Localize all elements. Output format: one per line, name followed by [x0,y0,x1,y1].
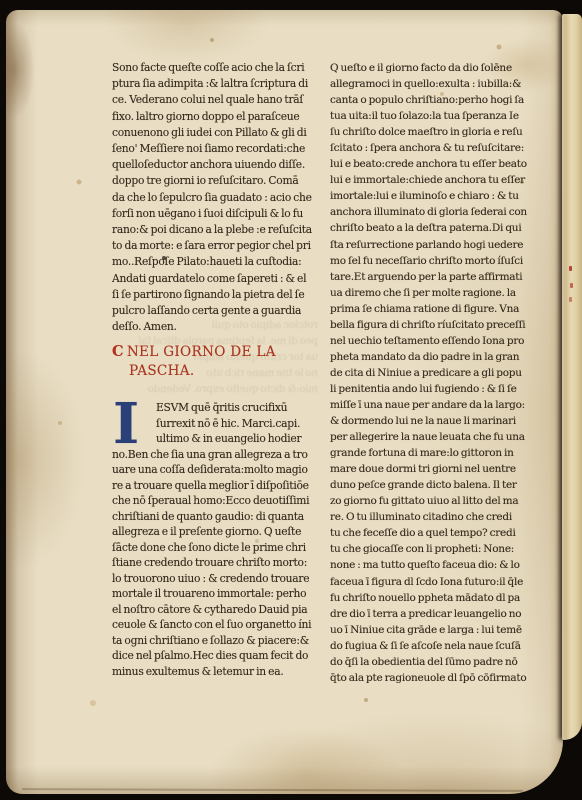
text-line: tua uita:il tuo ſolazo:la tua ſperanza I… [330,108,548,124]
text-line: canta o populo chriſtiano:perho hogi ſa [330,92,548,108]
text-line: ta ogni chriſtiano e ſollazo & piacere:& [112,633,322,649]
text-line: do q̄ſi la obedientia del ſūmo padre nō [330,654,548,670]
text-line: lui e immortale:chiede anchora tu eſſer [330,172,548,188]
text-line: fu chriſto nouello ppheta mādato dl pa [330,590,548,606]
text-line: rano:& poi dicano a la plebe :e reſuſcit… [112,222,322,238]
text-line: re. O tu illuminato citadino che credi [330,509,548,525]
text-line: imortale:lui e iluminoſo e chiaro : & tu [330,188,548,204]
text-line: per allegerire la naue leuata che fu una [330,429,548,445]
text-line: Q ueſto e il giorno facto da dio ſolēne [330,60,548,76]
text-line: to da morte: e ſara error pegior chel pr… [112,238,322,254]
text-line: dice nel pſalmo.Hec dies quam fecit do [112,648,322,664]
text-line: q̄to ala pte ragioneuole dl ſpō cōfirmat… [330,670,548,686]
text-line: li penitentia ando lui fugiendo : & ſi ſ… [330,381,548,397]
text-line: de cita di Niniue a predicare a gli popu [330,365,548,381]
text-line: pulcro laſſando certa gente a guardia [112,303,322,319]
text-line: miſſe ī una naue per andare da la largo: [330,397,548,413]
text-line: tu che feceſſe dio a quel tempo? credi [330,525,548,541]
text-line: & dormendo lui ne la naue li marinari [330,413,548,429]
heading-line-2: PASCHA. [112,362,322,381]
adjacent-page-edge [562,14,582,740]
text-line: Sono facte queſte coſſe acio che la ſcri [112,60,322,76]
text-line: do fugiua & ſi ſe aſcoſe nela naue ſcuſā [330,638,548,654]
text-line: da che lo ſepulcro ſia guadato : acio ch… [112,190,322,206]
text-line: el noſtro cātore & cytharedo Dauid pia [112,602,322,618]
text-line: tu che giocaſſe con li propheti: None: [330,541,548,557]
text-line: lui e beato:crede anchora tu eſſer beato [330,156,548,172]
text-line: Andati guardatelo come ſapereti : & el [112,271,322,287]
heading-line-1: CNEL GIORNO DE LA [112,343,322,362]
text-line: mo..Reſpoſe Pilato:haueti la cuſtodia: [112,254,322,270]
text-line: chriſtiani de quanto gaudio: di quanta [112,509,322,525]
text-line: ſeno' Meſſiere noi ſiamo recordati:che [112,141,322,157]
text-line: tare.Et arguendo per la parte affirmati [330,269,548,285]
text-line: prima ſe chiama ratione di figure. Vna [330,301,548,317]
text-line: lo trouorono uiuo : & credendo trouare [112,571,322,587]
text-line: duno peſce grande dicto balena. Il ter [330,477,548,493]
text-line: uo ī Niniue cita grāde e larga : lui tem… [330,622,548,638]
text-line: minus exultemus & letemur in ea. [112,664,322,680]
paragraph-resurrection: Sono facte queſte coſſe acio che la ſcri… [112,60,322,335]
text-line: nel uechio teſtamento eſſendo Iona pro [330,333,548,349]
text-line: grande fortuna di mare:lo gittoron in [330,445,548,461]
text-line: doppo tre giorni io reſuſcitaro. Comā [112,173,322,189]
paragraph-easter: I ESVM quē q̄ritis crucifixūſurrexit nō … [112,400,322,679]
text-line: ua diremo che ſi per molte ragione. la [330,285,548,301]
text-line: zo giorno fu gittato uiuo al litto del m… [330,493,548,509]
text-line: mare doue dormi tri giorni nel uentre [330,461,548,477]
text-line: uare una coſſa deſiderata:molto magio [112,462,322,478]
text-line: ptura ſia adimpita :& laltra ſcriptura d… [112,76,322,92]
text-line: none : ma tutto queſto faceua dio: & lo [330,557,548,573]
text-line: ſācte done che ſono dicte le prime chri [112,540,322,556]
chapter-heading: CNEL GIORNO DE LA PASCHA. [112,343,322,380]
heading-text: NEL GIORNO DE LA [127,344,276,360]
text-line: mortale il trouareno immortale: perho [112,586,322,602]
text-line: fixo. laltro giorno doppo el paraſceue [112,109,322,125]
text-line: ceuole & ſancto con el ſuo organetto íni [112,617,322,633]
text-column-right: Q ueſto e il giorno facto da dio ſolēnea… [330,60,548,686]
text-line: mo ſel fu neceſſario chriſto morto íſuſc… [330,253,548,269]
text-line: ſi ſe partirono ſignando la pietra del ſ… [112,287,322,303]
text-line: ſta reſurrectione parlando hogi uedere [330,237,548,253]
illuminated-initial: I [113,402,153,450]
text-line: conuenono gli iudei con Pillato & gli di [112,125,322,141]
text-line: anchora illuminato di gloria ſederai con [330,204,548,220]
text-line: ſu chriſto dolce maeſtro in gloria e reſ… [330,124,548,140]
text-line: allegreza e il preſente giorno. Q ueſte [112,524,322,540]
text-line: ſcitato : ſpera anchora & tu reſuſcitare… [330,140,548,156]
text-line: re a trouare quella meglior ī diſpoſitiō… [112,478,322,494]
text-line: forſi non uēgano i ſuoi diſcipuli & lo f… [112,206,322,222]
text-line: faceua ī figura dl ſcdo Iona futuro:il q… [330,574,548,590]
paragraph-mark-icon: C [112,343,124,360]
text-line: dre dio ī terra a predicar leuangelio no [330,606,548,622]
text-line: bella figura di chriſto ríuſcitato prece… [330,317,548,333]
text-column-left: Sono facte queſte coſſe acio che la ſcri… [112,60,322,679]
text-line: chriſto beato a la deſtra paterna.Di qui [330,220,548,236]
text-line: deſſo. Amen. [112,319,322,335]
text-line: allegramoci in quello:exulta : iubilla:& [330,76,548,92]
text-line: che nō ſperaual homo:Ecco deuotiſſimi [112,493,322,509]
text-line: ſtiane credendo trouare chriſto morto: [112,555,322,571]
paper-specks [0,0,2,2]
text-line: ce. Vederano colui nel quale hano trāſ [112,92,322,108]
text-line: pheta mandato da dio padre in la gran [330,349,548,365]
book-photo: rotcioc adipio oto quilpeo di me. la ſep… [0,0,582,800]
text-line: quelloſeductor anchora uiuendo diſſe. [112,157,322,173]
